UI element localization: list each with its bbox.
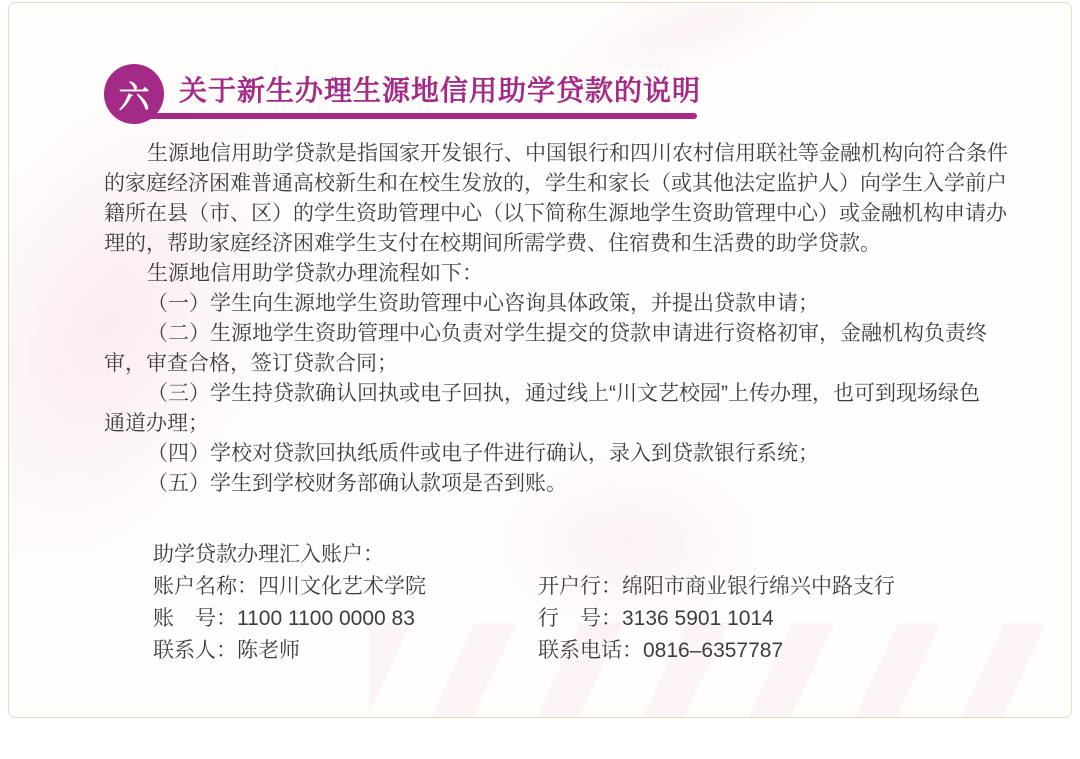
body-text: 生源地信用助学贷款是指国家开发银行、中国银行和四川农村信用联社等金融机构向符合条… [104,139,996,499]
body-line: 理的，帮助家庭经济困难学生支付在校期间所需学费、住宿费和生活费的助学贷款。 [104,229,996,259]
body-line: （一）学生向生源地学生资助管理中心咨询具体政策，并提出贷款申请； [104,289,996,319]
account-number-label: 账 号： [153,607,237,630]
body-line: 生源地信用助学贷款是指国家开发银行、中国银行和四川农村信用联社等金融机构向符合条… [104,139,996,169]
account-heading: 助学贷款办理汇入账户： [153,539,999,571]
body-line: 审，审查合格，签订贷款合同； [104,349,996,379]
section-number: 六 [119,72,150,117]
account-name-value: 四川文化艺术学院 [258,575,426,598]
document-page: 六 关于新生办理生源地信用助学贷款的说明 生源地信用助学贷款是指国家开发银行、中… [8,2,1072,718]
contact-person-label: 联系人： [153,639,237,662]
title-underline [119,113,697,119]
body-line: 通道办理； [104,409,996,439]
bank-number-row: 行 号：3136 5901 1014 [538,603,999,635]
body-line: 籍所在县（市、区）的学生资助管理中心（以下简称生源地学生资助管理中心）或金融机构… [104,199,996,229]
body-line: 生源地信用助学贷款办理流程如下： [104,259,996,289]
bank-branch-row: 开户行：绵阳市商业银行绵兴中路支行 [538,571,999,603]
account-name-row: 账户名称：四川文化艺术学院 [153,571,538,603]
bank-number-label: 行 号： [538,607,622,630]
body-line: （三）学生持贷款确认回执或电子回执，通过线上“川文艺校园”上传办理，也可到现场绿… [104,379,996,409]
body-line: （二）生源地学生资助管理中心负责对学生提交的贷款申请进行资格初审，金融机构负责终 [104,319,996,349]
contact-phone-value: 0816–6357787 [643,639,783,662]
section-number-badge: 六 [104,64,164,124]
contact-person-value: 陈老师 [237,639,300,662]
account-grid: 账户名称：四川文化艺术学院 开户行：绵阳市商业银行绵兴中路支行 账 号：1100… [153,571,999,667]
body-line: 的家庭经济困难普通高校新生和在校生发放的，学生和家长（或其他法定监护人）向学生入… [104,169,996,199]
account-info-block: 助学贷款办理汇入账户： 账户名称：四川文化艺术学院 开户行：绵阳市商业银行绵兴中… [153,539,999,667]
contact-phone-label: 联系电话： [538,639,643,662]
bank-number-value: 3136 5901 1014 [622,607,774,630]
bank-branch-label: 开户行： [538,575,622,598]
account-number-row: 账 号：1100 1100 0000 83 [153,603,538,635]
contact-person-row: 联系人：陈老师 [153,635,538,667]
account-name-label: 账户名称： [153,575,258,598]
watermark-top-streak [520,2,868,131]
bank-branch-value: 绵阳市商业银行绵兴中路支行 [622,575,895,598]
account-number-value: 1100 1100 0000 83 [237,607,415,630]
body-line: （五）学生到学校财务部确认款项是否到账。 [104,469,996,499]
body-line: （四）学校对贷款回执纸质件或电子件进行确认，录入到贷款银行系统； [104,439,996,469]
contact-phone-row: 联系电话：0816–6357787 [538,635,999,667]
page-title: 关于新生办理生源地信用助学贷款的说明 [179,69,701,109]
